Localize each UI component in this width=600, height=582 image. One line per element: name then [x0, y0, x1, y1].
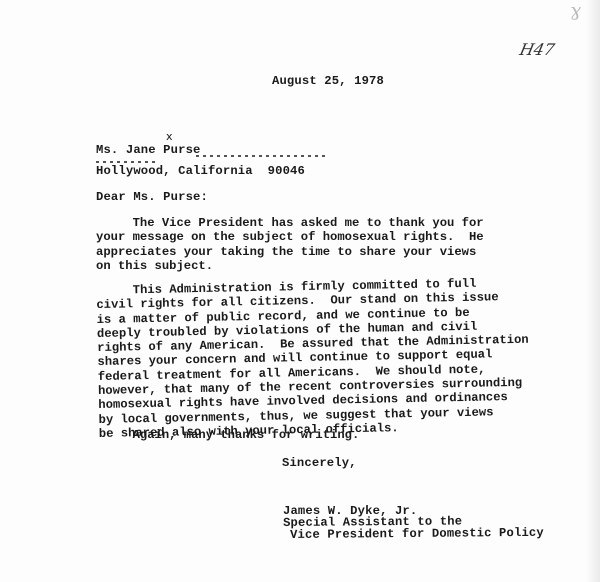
top-margin-mark: ɣ [570, 0, 581, 21]
recipient-name: Ms. Jane Purse [96, 143, 201, 157]
redacted-address-fragment [96, 161, 156, 163]
closing: Sincerely, [282, 456, 357, 470]
salutation: Dear Ms. Purse: [96, 190, 208, 204]
handwritten-file-code: H47 [518, 40, 556, 59]
redacted-street-address [196, 155, 326, 157]
recipient-city-line: Hollywood, California 90046 [96, 164, 305, 178]
scan-edge [586, 0, 600, 582]
body-paragraph-2: This Administration is firmly committed … [96, 276, 530, 442]
letter-date: August 25, 1978 [272, 74, 384, 88]
x-mark: x [166, 130, 173, 143]
signatory-title-line-2: Vice President for Domestic Policy [290, 526, 544, 542]
body-paragraph-1: The Vice President has asked me to thank… [96, 216, 484, 273]
body-paragraph-3: Again, many thanks for writing. [96, 428, 359, 442]
letter-page: ɣ H47 August 25, 1978 x Ms. Jane Purse H… [0, 0, 600, 582]
